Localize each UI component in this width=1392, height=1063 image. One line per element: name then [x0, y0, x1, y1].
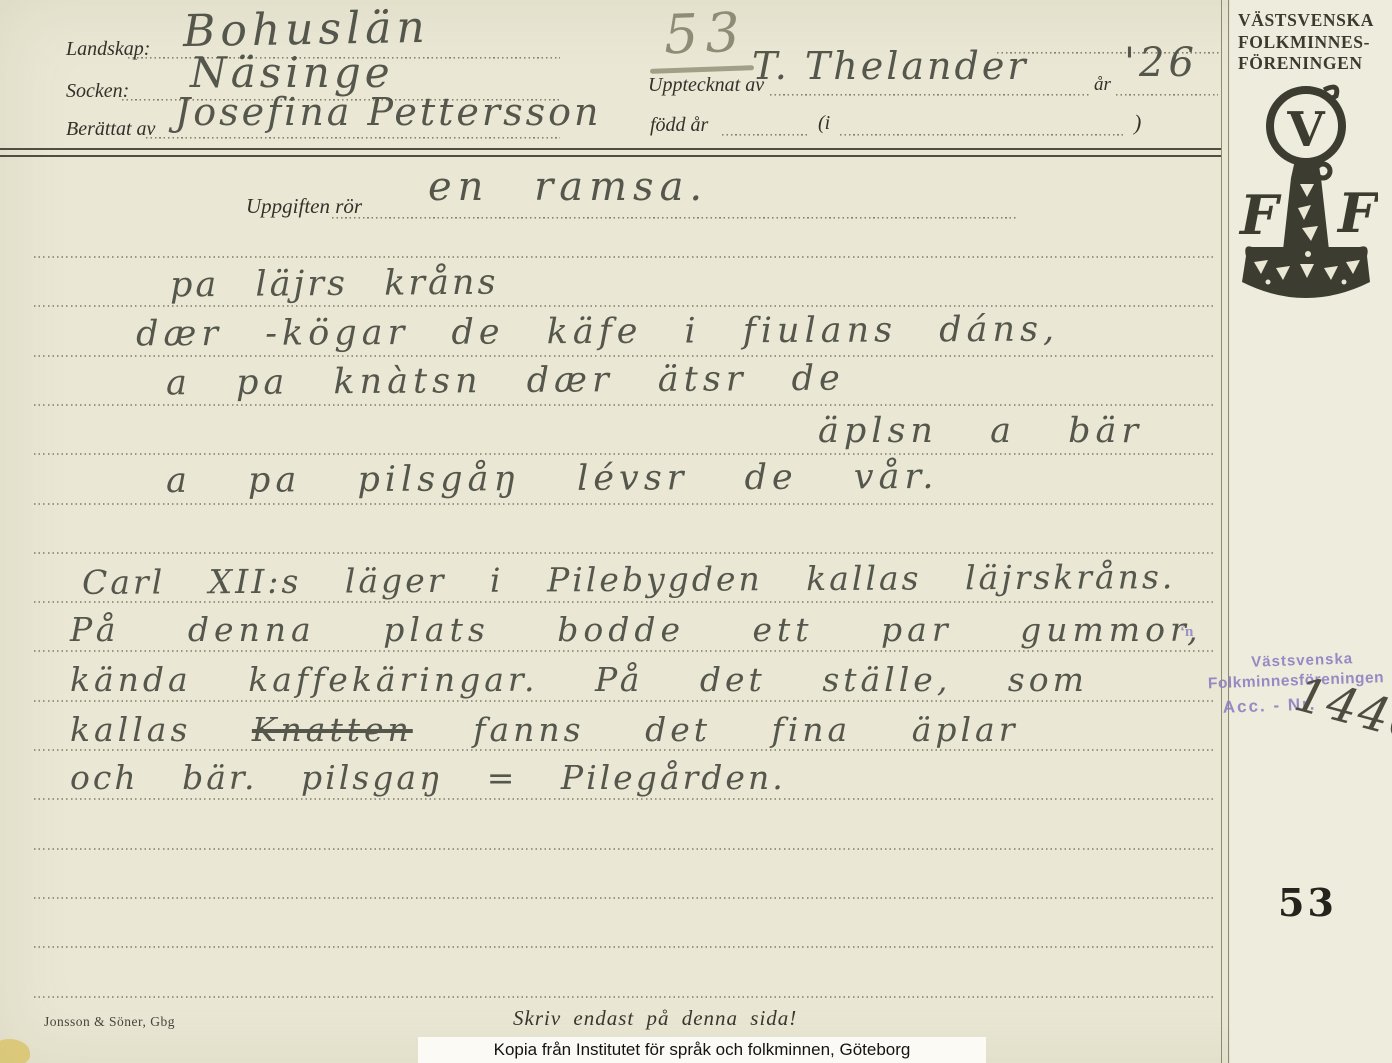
ruled-line: [34, 650, 1214, 652]
pencil-card-number: 53: [663, 1, 748, 67]
dotted-line: [1116, 93, 1218, 96]
ruled-line: [34, 946, 1214, 948]
ruled-line: [34, 552, 1214, 554]
page-number-stamp: 53: [1278, 880, 1337, 925]
prose-line: Carl XII:s läger i Pilebygden kallas läj…: [82, 557, 1176, 602]
ruled-line: [34, 996, 1214, 998]
ruled-line: [34, 503, 1214, 505]
vertical-rule: [1221, 0, 1229, 1063]
ruled-line: [34, 404, 1214, 406]
ruled-line: [34, 798, 1214, 800]
logo-letter-f-left-icon: F: [1238, 183, 1282, 247]
ruled-line: [34, 256, 1214, 258]
stray-stamp-mark: ʻn: [1180, 624, 1193, 641]
verse-line: a pa knàtsn dær ätsr de: [166, 359, 845, 404]
field-label-fodd-ar: född år: [650, 114, 708, 137]
verse-line: pa läjrs kråns: [170, 263, 499, 306]
verse-line: dær -kögar de käfe i fiulans dáns,: [136, 310, 1059, 355]
dotted-line: [722, 133, 810, 136]
prose-line: kallas Knatten fanns det fina äplar: [70, 710, 1019, 749]
field-value-ar: '26: [1124, 40, 1198, 86]
record-card: Landskap: Bohuslän Socken: Näsinge Berät…: [0, 0, 1392, 1063]
ruled-line: [34, 897, 1214, 899]
ruled-line: [34, 848, 1214, 850]
prose-segment: fanns det fina äplar: [473, 710, 1018, 749]
org-name-line: FOLKMINNES-: [1238, 32, 1390, 54]
copy-notice-strip: Kopia från Institutet för språk och folk…: [418, 1037, 986, 1063]
field-label-upptecknat: Upptecknat av: [648, 74, 764, 97]
scan-artifact-blob: [0, 1039, 30, 1063]
struck-word: Knatten: [252, 710, 413, 749]
ruled-line: [34, 305, 1214, 307]
logo-letter-f-right-icon: F: [1336, 181, 1378, 245]
prose-line: På denna plats bodde ett par gummor,: [70, 610, 1203, 649]
ruled-line: [34, 700, 1214, 702]
subject-value: en ramsa.: [428, 164, 708, 210]
dotted-line: [770, 93, 1090, 96]
pencil-underline: [650, 65, 754, 74]
ruled-line: [34, 749, 1214, 751]
prose-segment: kallas: [70, 710, 191, 749]
field-value-upptecknat: T. Thelander: [752, 44, 1029, 88]
org-name: VÄSTSVENSKA FOLKMINNES- FÖRENINGEN: [1238, 10, 1390, 75]
copy-notice: Kopia från Institutet för språk och folk…: [494, 1040, 911, 1060]
org-name-line: FÖRENINGEN: [1238, 53, 1390, 75]
header-divider: [0, 148, 1221, 157]
field-label-socken: Socken:: [66, 80, 129, 103]
logo-letter-v-icon: V: [1286, 102, 1325, 158]
vff-hammer-logo: V F F: [1238, 84, 1378, 306]
ruled-line: [34, 453, 1214, 455]
paren-close-label: ): [1134, 110, 1141, 136]
ruled-line: [34, 355, 1214, 357]
prose-line: kända kaffekäringar. På det ställe, som: [70, 660, 1088, 699]
verse-line: äplsn a bär: [818, 411, 1143, 451]
prose-line: och bär. pilsgaŋ = Pilegården.: [70, 758, 786, 797]
ruled-line: [34, 601, 1214, 603]
write-instruction: Skriv endast på denna sida!: [513, 1006, 797, 1031]
dotted-line: [146, 136, 560, 139]
verse-line: a pa pilsgåŋ lévsr de vår.: [166, 457, 939, 501]
printer-mark: Jonsson & Söner, Gbg: [44, 1014, 175, 1030]
dotted-line: [840, 133, 1126, 136]
org-name-line: VÄSTSVENSKA: [1238, 10, 1390, 32]
field-value-berattat: Josefina Pettersson: [175, 90, 601, 134]
field-label-berattat: Berättat av: [66, 118, 155, 141]
paren-open-label: (i: [818, 112, 830, 135]
field-label-ar: år: [1094, 74, 1111, 96]
dotted-line: [332, 216, 1016, 219]
